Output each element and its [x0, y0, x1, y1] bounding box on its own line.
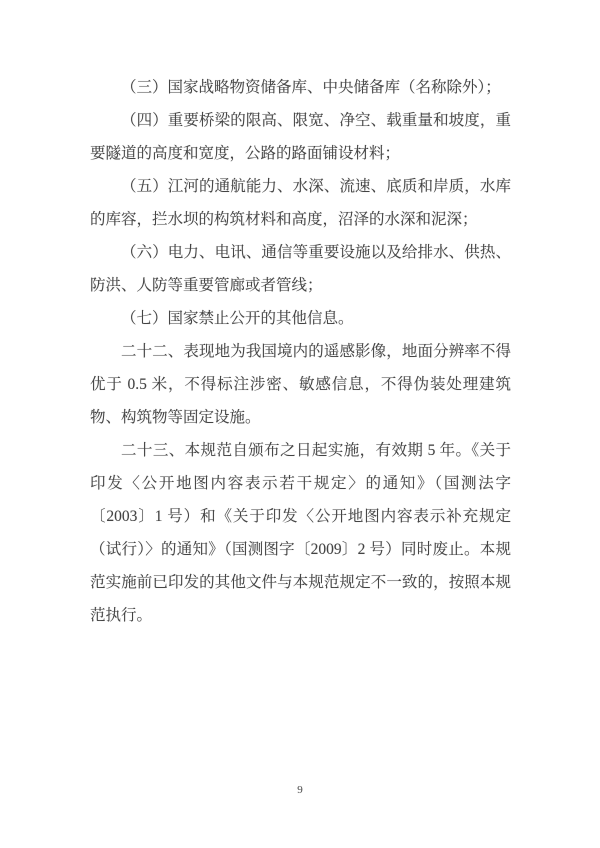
document-page: （三）国家战略物资储备库、中央储备库（名称除外）； （四）重要桥梁的限高、限宽、… [0, 0, 600, 848]
document-body: （三）国家战略物资储备库、中央储备库（名称除外）； （四）重要桥梁的限高、限宽、… [90, 71, 511, 632]
paragraph-item-4: （四）重要桥梁的限高、限宽、净空、载重量和坡度，重要隧道的高度和宽度，公路的路面… [90, 104, 511, 170]
page-number: 9 [0, 783, 600, 797]
paragraph-item-7: （七）国家禁止公开的其他信息。 [90, 302, 511, 335]
paragraph-article-23: 二十三、本规范自颁布之日起实施，有效期 5 年。《关于印发〈公开地图内容表示若干… [90, 434, 511, 632]
paragraph-item-6: （六）电力、电讯、通信等重要设施以及给排水、供热、防洪、人防等重要管廊或者管线； [90, 236, 511, 302]
paragraph-item-3: （三）国家战略物资储备库、中央储备库（名称除外）； [90, 71, 511, 104]
paragraph-item-5: （五）江河的通航能力、水深、流速、底质和岸质，水库的库容，拦水坝的构筑材料和高度… [90, 170, 511, 236]
paragraph-article-22: 二十二、表现地为我国境内的遥感影像，地面分辨率不得优于 0.5 米，不得标注涉密… [90, 335, 511, 434]
